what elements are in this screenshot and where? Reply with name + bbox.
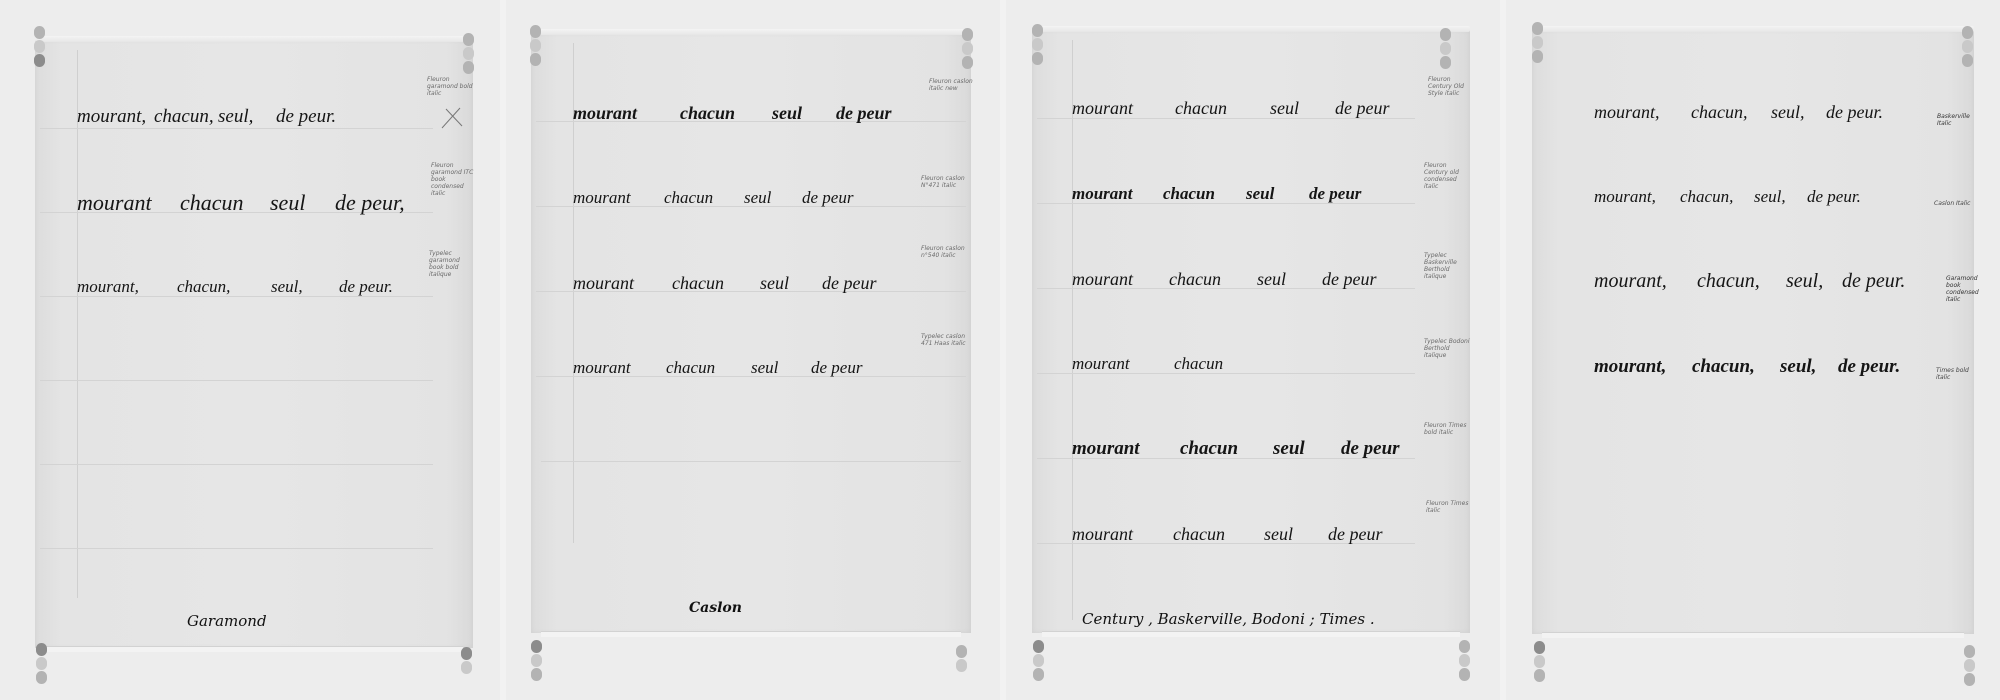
type-line: mourantchacunseulde peur, [77,190,405,216]
type-line: mourant,chacun,seul,de peur. [1594,102,1883,123]
sheet: mourant,chacun,seul,de peur. mourant,cha… [1532,30,1974,634]
type-line: mourantchacunseulde peur [573,103,892,124]
pin [36,643,48,685]
pin [1964,645,1976,687]
pencil-note: Typelec Bodoni Berthold italique [1424,338,1470,359]
pin [1033,640,1045,682]
pencil-note: Fleuron caslon N°471 italic [921,175,967,189]
type-line: mourant,chacun,seul,de peur. [1594,356,1900,378]
pencil-note: Typelec garamond book bold italique [429,250,475,278]
panel-garamond: mourant,chacun,seul,de peur. mourantchac… [0,0,500,700]
pin [1534,641,1546,683]
ink-note: Times bold italic [1936,367,1982,381]
type-line: mourant,chacun,seul,de peur. [1594,270,1905,293]
sheet: mourantchacunseulde peur mourantchacunse… [1032,30,1470,633]
pin [34,26,46,68]
pin [531,640,543,682]
panel-caslon: mourantchacunseulde peur mourantchacunse… [506,0,1000,700]
type-line: mourantchacunseulde peur [573,188,853,208]
type-line: mourantchacunseulde peur [1072,98,1389,119]
pencil-note: Fleuron garamond ITC book condensed ital… [431,162,477,197]
pencil-note: Typelec caslon 471 Haas italic [921,333,967,347]
sheet: mourant,chacun,seul,de peur. mourantchac… [35,40,473,648]
ink-note: Caslon Italic [1934,200,1980,207]
pencil-note: Fleuron caslon italic new [929,78,975,92]
pencil-note: Fleuron garamond bold italic [427,76,473,97]
pin [1962,26,1974,68]
cross-mark-icon [440,106,464,130]
type-line: mourantchacunseulde peur [573,273,876,294]
type-line: mourantchacunseulde peur [1072,524,1382,545]
panel-century-baskerville-bodoni-times: mourantchacunseulde peur mourantchacunse… [1006,0,1500,700]
sheet: mourantchacunseulde peur mourantchacunse… [531,33,971,633]
type-line: mourant,chacun,seul,de peur. [77,277,393,297]
type-line: mourantchacunseulde peur [573,358,862,378]
pin [962,28,974,70]
pin [1459,640,1471,682]
handwritten-caption: Century , Baskerville, Bodoni ; Times . [1082,610,1375,628]
ink-note: Garamond book condensed italic [1946,275,1974,303]
type-line: mourant,chacun,seul,de peur. [77,106,336,128]
pencil-note: Fleuron Times italic [1426,500,1472,514]
pin [461,647,473,675]
pin [463,33,475,75]
type-line: mourantchacun [1072,354,1223,374]
pin [1440,28,1452,70]
handwritten-caption: Garamond [187,612,267,630]
pencil-note: Fleuron Century Old Style italic [1428,76,1474,97]
pin [956,645,968,673]
handwritten-caption: Caslon [689,600,742,616]
type-line: mourantchacunseulde peur [1072,184,1361,204]
type-line: mourantchacunseulde peur [1072,269,1376,290]
panel-mixed-italics: mourant,chacun,seul,de peur. mourant,cha… [1506,0,2000,700]
pin [1532,22,1544,64]
type-line: mourantchacunseulde peur [1072,438,1400,460]
pin [530,25,542,67]
pin [1032,24,1044,66]
pencil-note: Typelec Baskerville Berthold italique [1424,252,1470,280]
pencil-note: Fleuron caslon n°540 italic [921,245,967,259]
ink-note: Baskerville Italic [1937,113,1983,127]
pencil-note: Fleuron Times bold italic [1424,422,1470,436]
type-line: mourant,chacun,seul,de peur. [1594,187,1861,207]
pencil-note: Fleuron Century old condensed italic [1424,162,1470,190]
